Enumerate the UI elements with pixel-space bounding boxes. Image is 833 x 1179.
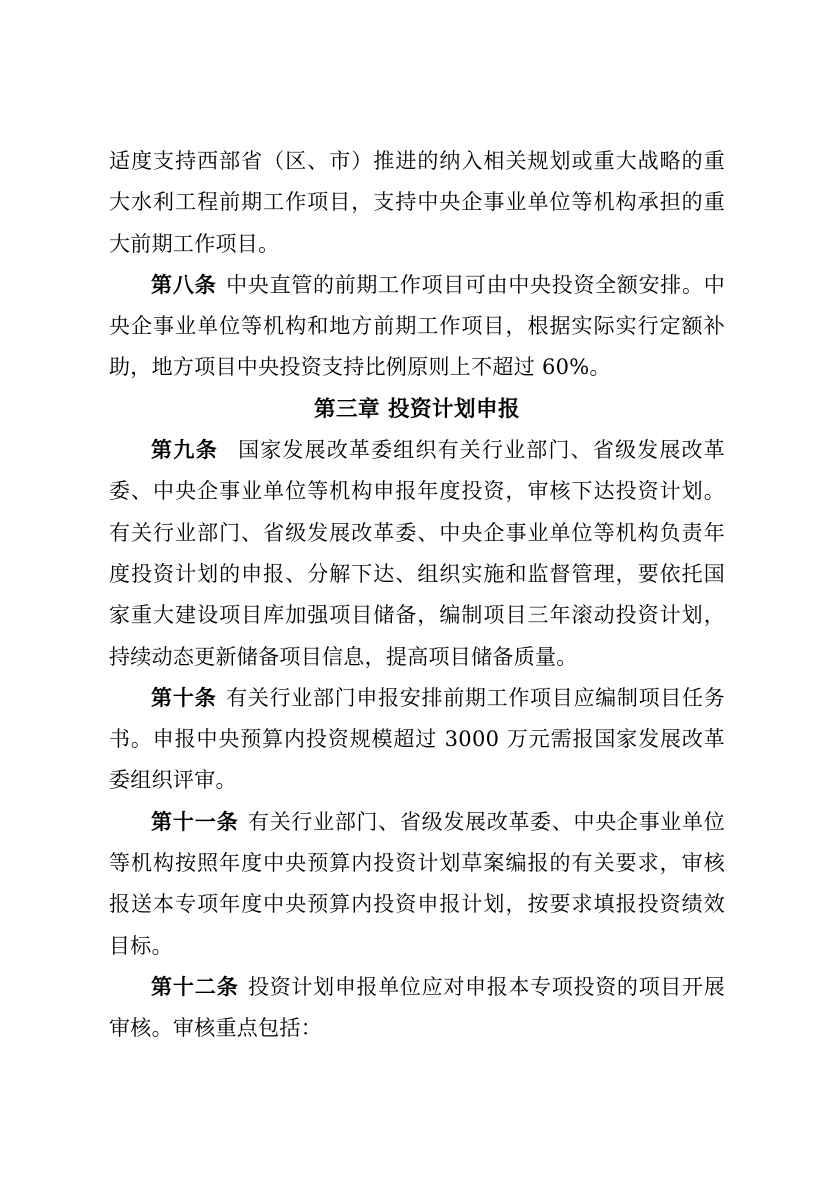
paragraph-article-10: 第十条有关行业部门申报安排前期工作项目应编制项目任务书。申报中央预算内投资规模超… [109,678,725,802]
article-11-number: 第十一条 [151,810,239,834]
article-10-number: 第十条 [151,686,217,710]
paragraph-article-8: 第八条中央直管的前期工作项目可由中央投资全额安排。中央企事业单位等机构和地方前期… [109,265,725,389]
article-8-number: 第八条 [151,273,217,297]
paragraph-text: 适度支持西部省（区、市）推进的纳入相关规划或重大战略的重大水利工程前期工作项目，… [109,149,725,256]
paragraph-article-11: 第十一条有关行业部门、省级发展改革委、中央企事业单位等机构按照年度中央预算内投资… [109,802,725,967]
article-9-number: 第九条 [151,438,218,462]
paragraph-article-9: 第九条国家发展改革委组织有关行业部门、省级发展改革委、中央企事业单位等机构申报年… [109,430,725,678]
document-content: 适度支持西部省（区、市）推进的纳入相关规划或重大战略的重大水利工程前期工作项目，… [109,141,725,1050]
document-page: 适度支持西部省（区、市）推进的纳入相关规划或重大战略的重大水利工程前期工作项目，… [0,0,833,1179]
article-12-number: 第十二条 [151,975,239,999]
chapter-3-heading: 第三章 投资计划申报 [109,389,725,430]
paragraph-article-12: 第十二条投资计划申报单位应对申报本专项投资的项目开展审核。审核重点包括： [109,967,725,1050]
paragraph-continuation: 适度支持西部省（区、市）推进的纳入相关规划或重大战略的重大水利工程前期工作项目，… [109,141,725,265]
article-9-text: 国家发展改革委组织有关行业部门、省级发展改革委、中央企事业单位等机构申报年度投资… [109,438,725,668]
